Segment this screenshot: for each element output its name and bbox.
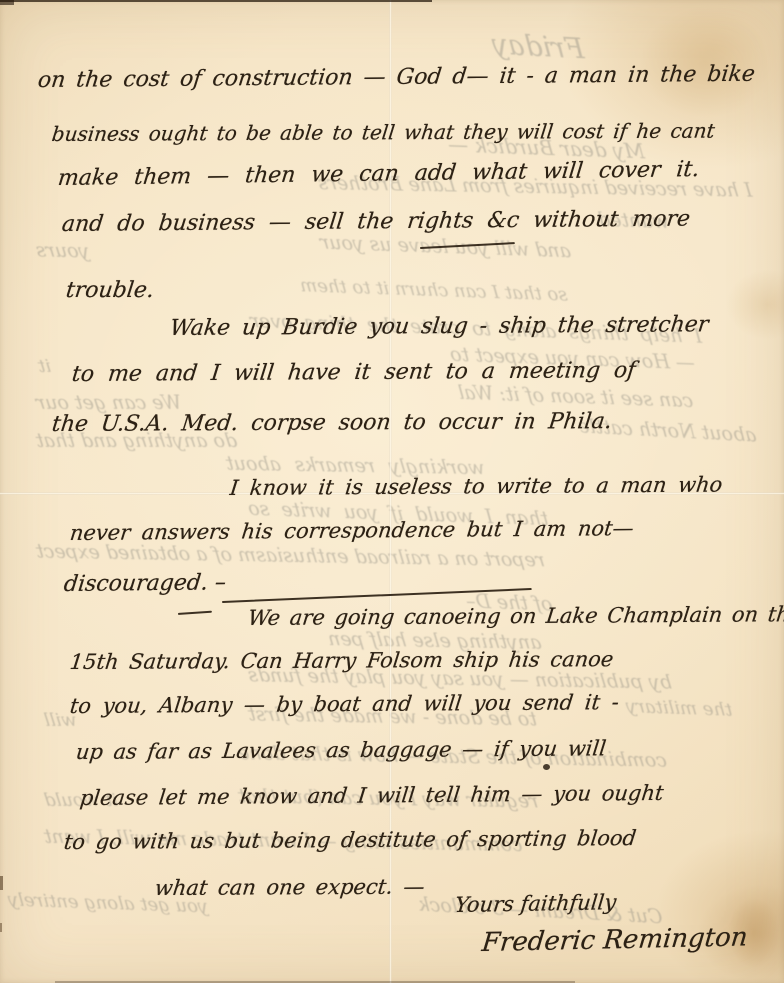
ink-line: up as far as Lavalees as baggage — if yo… <box>75 736 608 764</box>
flourish-dash <box>178 611 212 616</box>
ink-line: to go with us but being destitute of spo… <box>63 826 638 854</box>
ghost-line: it <box>37 356 53 377</box>
signature: Frederic Remington <box>480 922 749 958</box>
ink-line: never answers his correspondence but I a… <box>69 516 635 545</box>
ink-line: please let me know and I will tell him —… <box>79 781 665 810</box>
scan-edge-corner <box>0 0 14 5</box>
letter-page: Friday My dear Burdick — I have received… <box>0 0 784 983</box>
ink-line: what can one expect. — <box>154 875 426 900</box>
ghost-line: so that I can churn it to them <box>299 275 568 305</box>
ink-line: the U.S.A. Med. corpse soon to occur in … <box>51 409 614 437</box>
ink-line: to you, Albany — by boat and will you se… <box>69 690 621 718</box>
ink-line: trouble. <box>64 278 155 303</box>
ink-blot <box>543 764 550 770</box>
scan-edge-nick <box>0 876 3 890</box>
ghost-line: Friday <box>491 28 585 66</box>
ink-line: Wake up Burdie you slug - ship the stret… <box>169 312 710 341</box>
ghost-line: the military <box>625 696 733 721</box>
ghost-line: yours <box>35 240 91 263</box>
ink-line: to me and I will have it sent to a meeti… <box>71 358 637 387</box>
ink-line: 15th Saturday. Can Harry Folsom ship his… <box>69 647 615 674</box>
ink-line: and do business — sell the rights &c wit… <box>61 207 692 238</box>
ink-line: discouraged. – <box>63 570 228 597</box>
ink-line: business ought to be able to tell what t… <box>51 119 717 146</box>
scan-edge-nick <box>0 923 2 932</box>
ink-line: We are going canoeing on Lake Champlain … <box>247 602 784 630</box>
ghost-line: can see it soon of it: Wal <box>457 382 694 412</box>
ghost-line: report on a railroad enthusiasm of a obt… <box>35 541 546 572</box>
closing-line: Yours faithfully <box>454 890 618 917</box>
ink-line: I know it is useless to write to a man w… <box>229 473 724 500</box>
scan-edge-top <box>0 0 432 2</box>
